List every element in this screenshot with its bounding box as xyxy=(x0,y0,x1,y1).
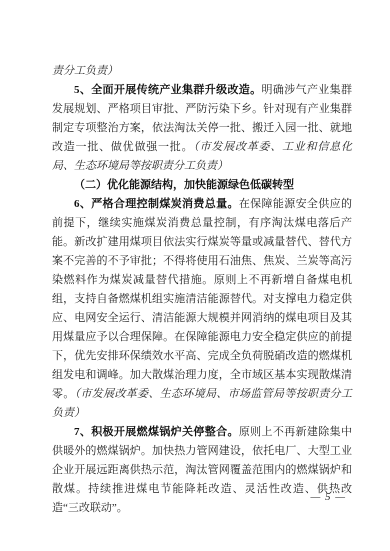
paragraph: 6、严格合理控制煤炭消费总量。在保障能源安全供应的前提下，继续实施煤炭消费总量控… xyxy=(52,195,352,423)
paragraph: 7、积极开展燃煤锅炉关停整合。原则上不再新建除集中供暖外的燃煤锅炉。加快热力管网… xyxy=(52,423,352,518)
text-run-heading: （二）优化能源结构，加快能源绿色低碳转型 xyxy=(74,179,294,191)
text-run-normal: 原则上不再新建除集中供暖外的燃煤锅炉。加快热力管网建设，依托电厂、大型工业企业开… xyxy=(52,426,352,514)
text-run-bold-kai: 6、严格合理控制煤炭消费总量。 xyxy=(74,198,239,210)
text-run-kai-italic: （市发展改革委、生态环境局、市场监管局等按职责分工负责） xyxy=(52,388,352,419)
section-heading: （二）优化能源结构，加快能源绿色低碳转型 xyxy=(52,176,352,195)
paragraph: 5、全面开展传统产业集群升级改造。明确涉气产业集群发展规划、严格项目审批、严防污… xyxy=(52,81,352,176)
page-number: — 5 — xyxy=(310,491,346,503)
paragraph: 责分工负责） xyxy=(52,62,352,81)
document-body: 责分工负责）5、全面开展传统产业集群升级改造。明确涉气产业集群发展规划、严格项目… xyxy=(52,62,352,518)
text-run-bold-kai: 7、积极开展燃煤锅炉关停整合。 xyxy=(74,426,239,438)
text-run-kai-italic: 责分工负责） xyxy=(52,65,118,77)
text-run-bold-kai: 5、全面开展传统产业集群升级改造。 xyxy=(74,84,262,96)
text-run-normal: 在保障能源安全供应的前提下，继续实施煤炭消费总量控制，有序淘汰煤电落后产能。新改… xyxy=(52,198,352,400)
document-page: 责分工负责）5、全面开展传统产业集群升级改造。明确涉气产业集群发展规划、严格项目… xyxy=(0,0,390,551)
